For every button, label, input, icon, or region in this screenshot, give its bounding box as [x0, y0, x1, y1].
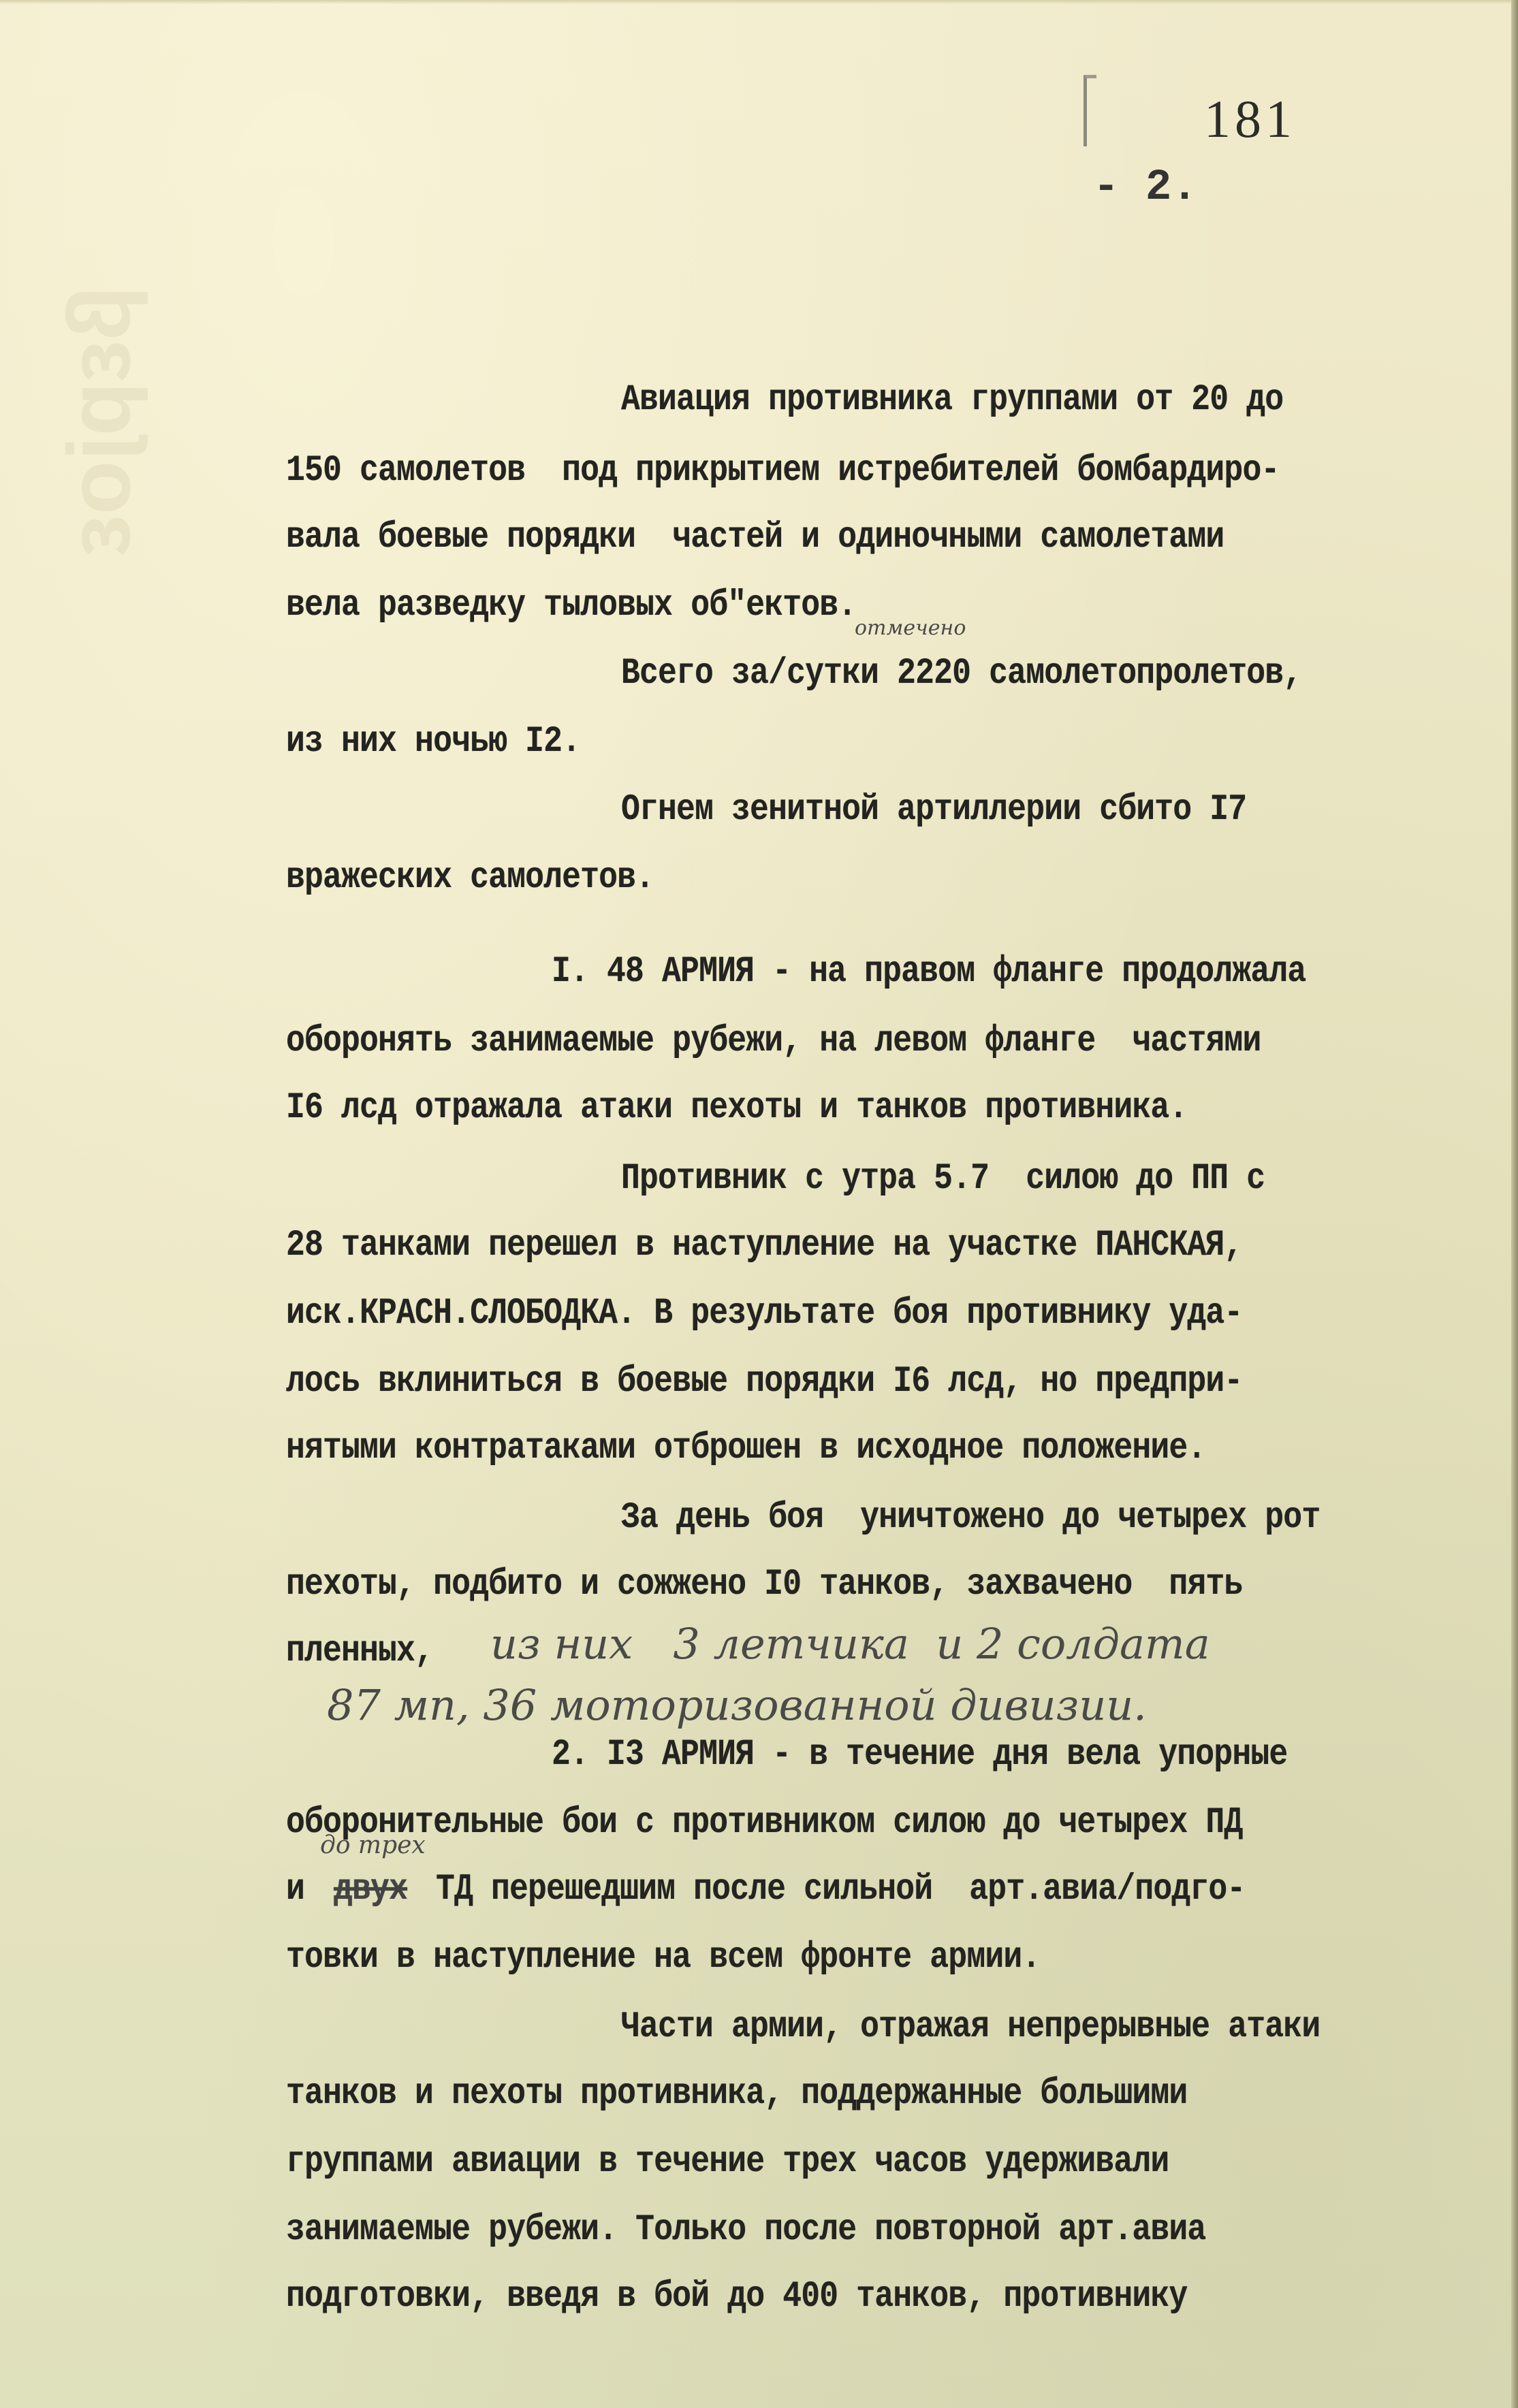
text-line: и [286, 1869, 304, 1910]
text-line: группами авиации в течение трех часов уд… [286, 2142, 1169, 2183]
text-line: Всего за/сутки 2220 самолетопролетов, [621, 654, 1301, 694]
text-line: I6 лсд отражала атаки пехоты и танков пр… [286, 1088, 1187, 1129]
handwritten-annotation: отмечено [855, 616, 966, 640]
text-line: вражеских самолетов. [286, 858, 654, 899]
text-line: оборонять занимаемые рубежи, на левом фл… [286, 1021, 1261, 1062]
text-line: вела разведку тыловых об"ектов. [286, 585, 856, 626]
text-line: лось вклиниться в боевые порядки I6 лсд,… [286, 1362, 1242, 1402]
handwritten-addition: 87 мп, 36 моторизованной дивизии. [327, 1680, 1147, 1730]
text-line: Противник с утра 5.7 силою до ПП с [621, 1159, 1265, 1200]
text-line: из них ночью I2. [286, 722, 580, 762]
text-line: Авиация противника группами от 20 до [621, 380, 1283, 421]
text-line: иск.КРАСН.СЛОБОДКА. В результате боя про… [286, 1294, 1242, 1334]
text-line: вала боевые порядки частей и одиночными … [286, 517, 1224, 558]
paper-edge-top [0, 0, 1518, 4]
page-number: - 2. [1093, 163, 1198, 212]
text-line: Огнем зенитной артиллерии сбито I7 [621, 790, 1246, 831]
text-line: 150 самолетов под прикрытием истребителе… [286, 451, 1279, 492]
handwritten-addition: из них 3 летчика и 2 солдата [490, 1619, 1210, 1669]
text-line: танков и пехоты противника, поддержанные… [286, 2074, 1187, 2115]
text-line: Части армии, отражая непрерывные атаки [621, 2007, 1320, 2048]
text-line: пленных, [286, 1631, 433, 1672]
text-line: нятыми контратаками отброшен в исходное … [286, 1428, 1205, 1469]
text-line: ТД перешедшим после сильной арт.авиа/под… [436, 1869, 1245, 1910]
text-line: 28 танками перешел в наступление на учас… [286, 1225, 1242, 1266]
text-line: подготовки, введя в бой до 400 танков, п… [286, 2277, 1187, 2317]
archive-stamp-mark [1084, 75, 1096, 146]
text-line: За день боя уничтожено до четырех рот [621, 1498, 1320, 1539]
section-heading-48-army: I. 48 АРМИЯ - на правом фланге продолжал… [552, 952, 1306, 993]
text-line: пехоты, подбито и сожжено I0 танков, зах… [286, 1564, 1242, 1605]
document-page: βεpjoε 181 - 2. Авиация противника групп… [0, 0, 1518, 2408]
text-line: товки в наступление на всем фронте армии… [286, 1938, 1040, 1978]
paper-edge-right [1511, 0, 1518, 2408]
handwritten-insert: до трех [320, 1831, 426, 1859]
text-line: занимаемые рубежи. Только после повторно… [286, 2210, 1205, 2251]
section-heading-13-army: 2. I3 АРМИЯ - в течение дня вела упорные [552, 1735, 1287, 1776]
text-line: оборонительные бои с противником силою д… [286, 1803, 1242, 1844]
bleed-through-text: βεpjoε [48, 286, 150, 557]
folio-number: 181 [1204, 89, 1296, 150]
struck-word: двух [334, 1869, 407, 1910]
